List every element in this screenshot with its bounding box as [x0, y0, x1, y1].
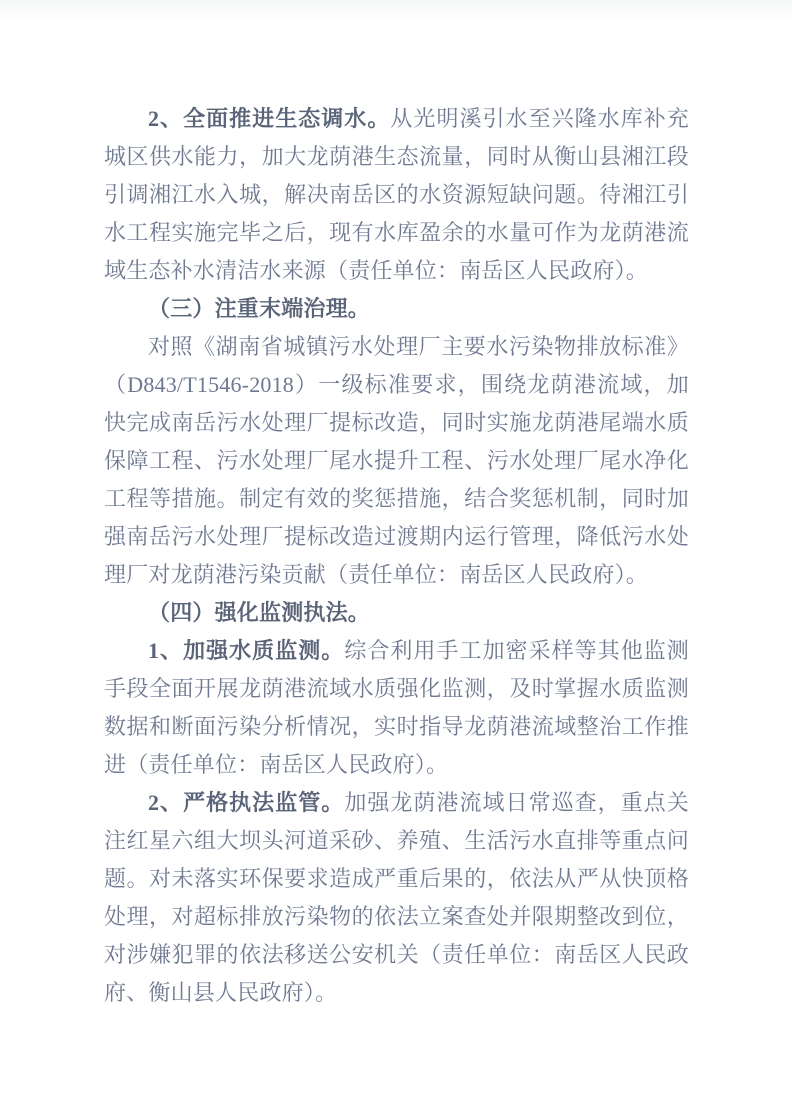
heading-text: （四）强化监测执法。 [148, 600, 370, 625]
heading-text: （三）注重末端治理。 [148, 296, 370, 321]
paragraph-lead: 2、全面推进生态调水。 [148, 106, 390, 131]
paragraph-lead: 2、严格执法监管。 [148, 790, 344, 815]
heading-section-three: （三）注重末端治理。 [104, 290, 689, 328]
paragraph-terminal-treatment: 对照《湖南省城镇污水处理厂主要水污染物排放标准》（D843/T1546-2018… [104, 328, 689, 594]
document-body: 2、全面推进生态调水。从光明溪引水至兴隆水库补充城区供水能力，加大龙荫港生态流量… [104, 100, 689, 1012]
paragraph-text: 对照《湖南省城镇污水处理厂主要水污染物排放标准》（D843/T1546-2018… [104, 334, 689, 587]
paragraph-lead: 1、加强水质监测。 [148, 638, 344, 663]
paragraph-text: 加强龙荫港流域日常巡查，重点关注红星六组大坝头河道采砂、养殖、生活污水直排等重点… [104, 790, 689, 1005]
paragraph-text: 从光明溪引水至兴隆水库补充城区供水能力，加大龙荫港生态流量，同时从衡山县湘江段引… [104, 106, 689, 283]
paragraph-eco-water-transfer: 2、全面推进生态调水。从光明溪引水至兴隆水库补充城区供水能力，加大龙荫港生态流量… [104, 100, 689, 290]
paragraph-water-quality-monitoring: 1、加强水质监测。综合利用手工加密采样等其他监测手段全面开展龙荫港流域水质强化监… [104, 632, 689, 784]
scanned-document-page: { "page": { "background": "#ffffff", "te… [0, 0, 792, 1117]
heading-section-four: （四）强化监测执法。 [104, 594, 689, 632]
scan-artifact-top-band [0, 0, 792, 26]
paragraph-law-enforcement: 2、严格执法监管。加强龙荫港流域日常巡查，重点关注红星六组大坝头河道采砂、养殖、… [104, 784, 689, 1012]
